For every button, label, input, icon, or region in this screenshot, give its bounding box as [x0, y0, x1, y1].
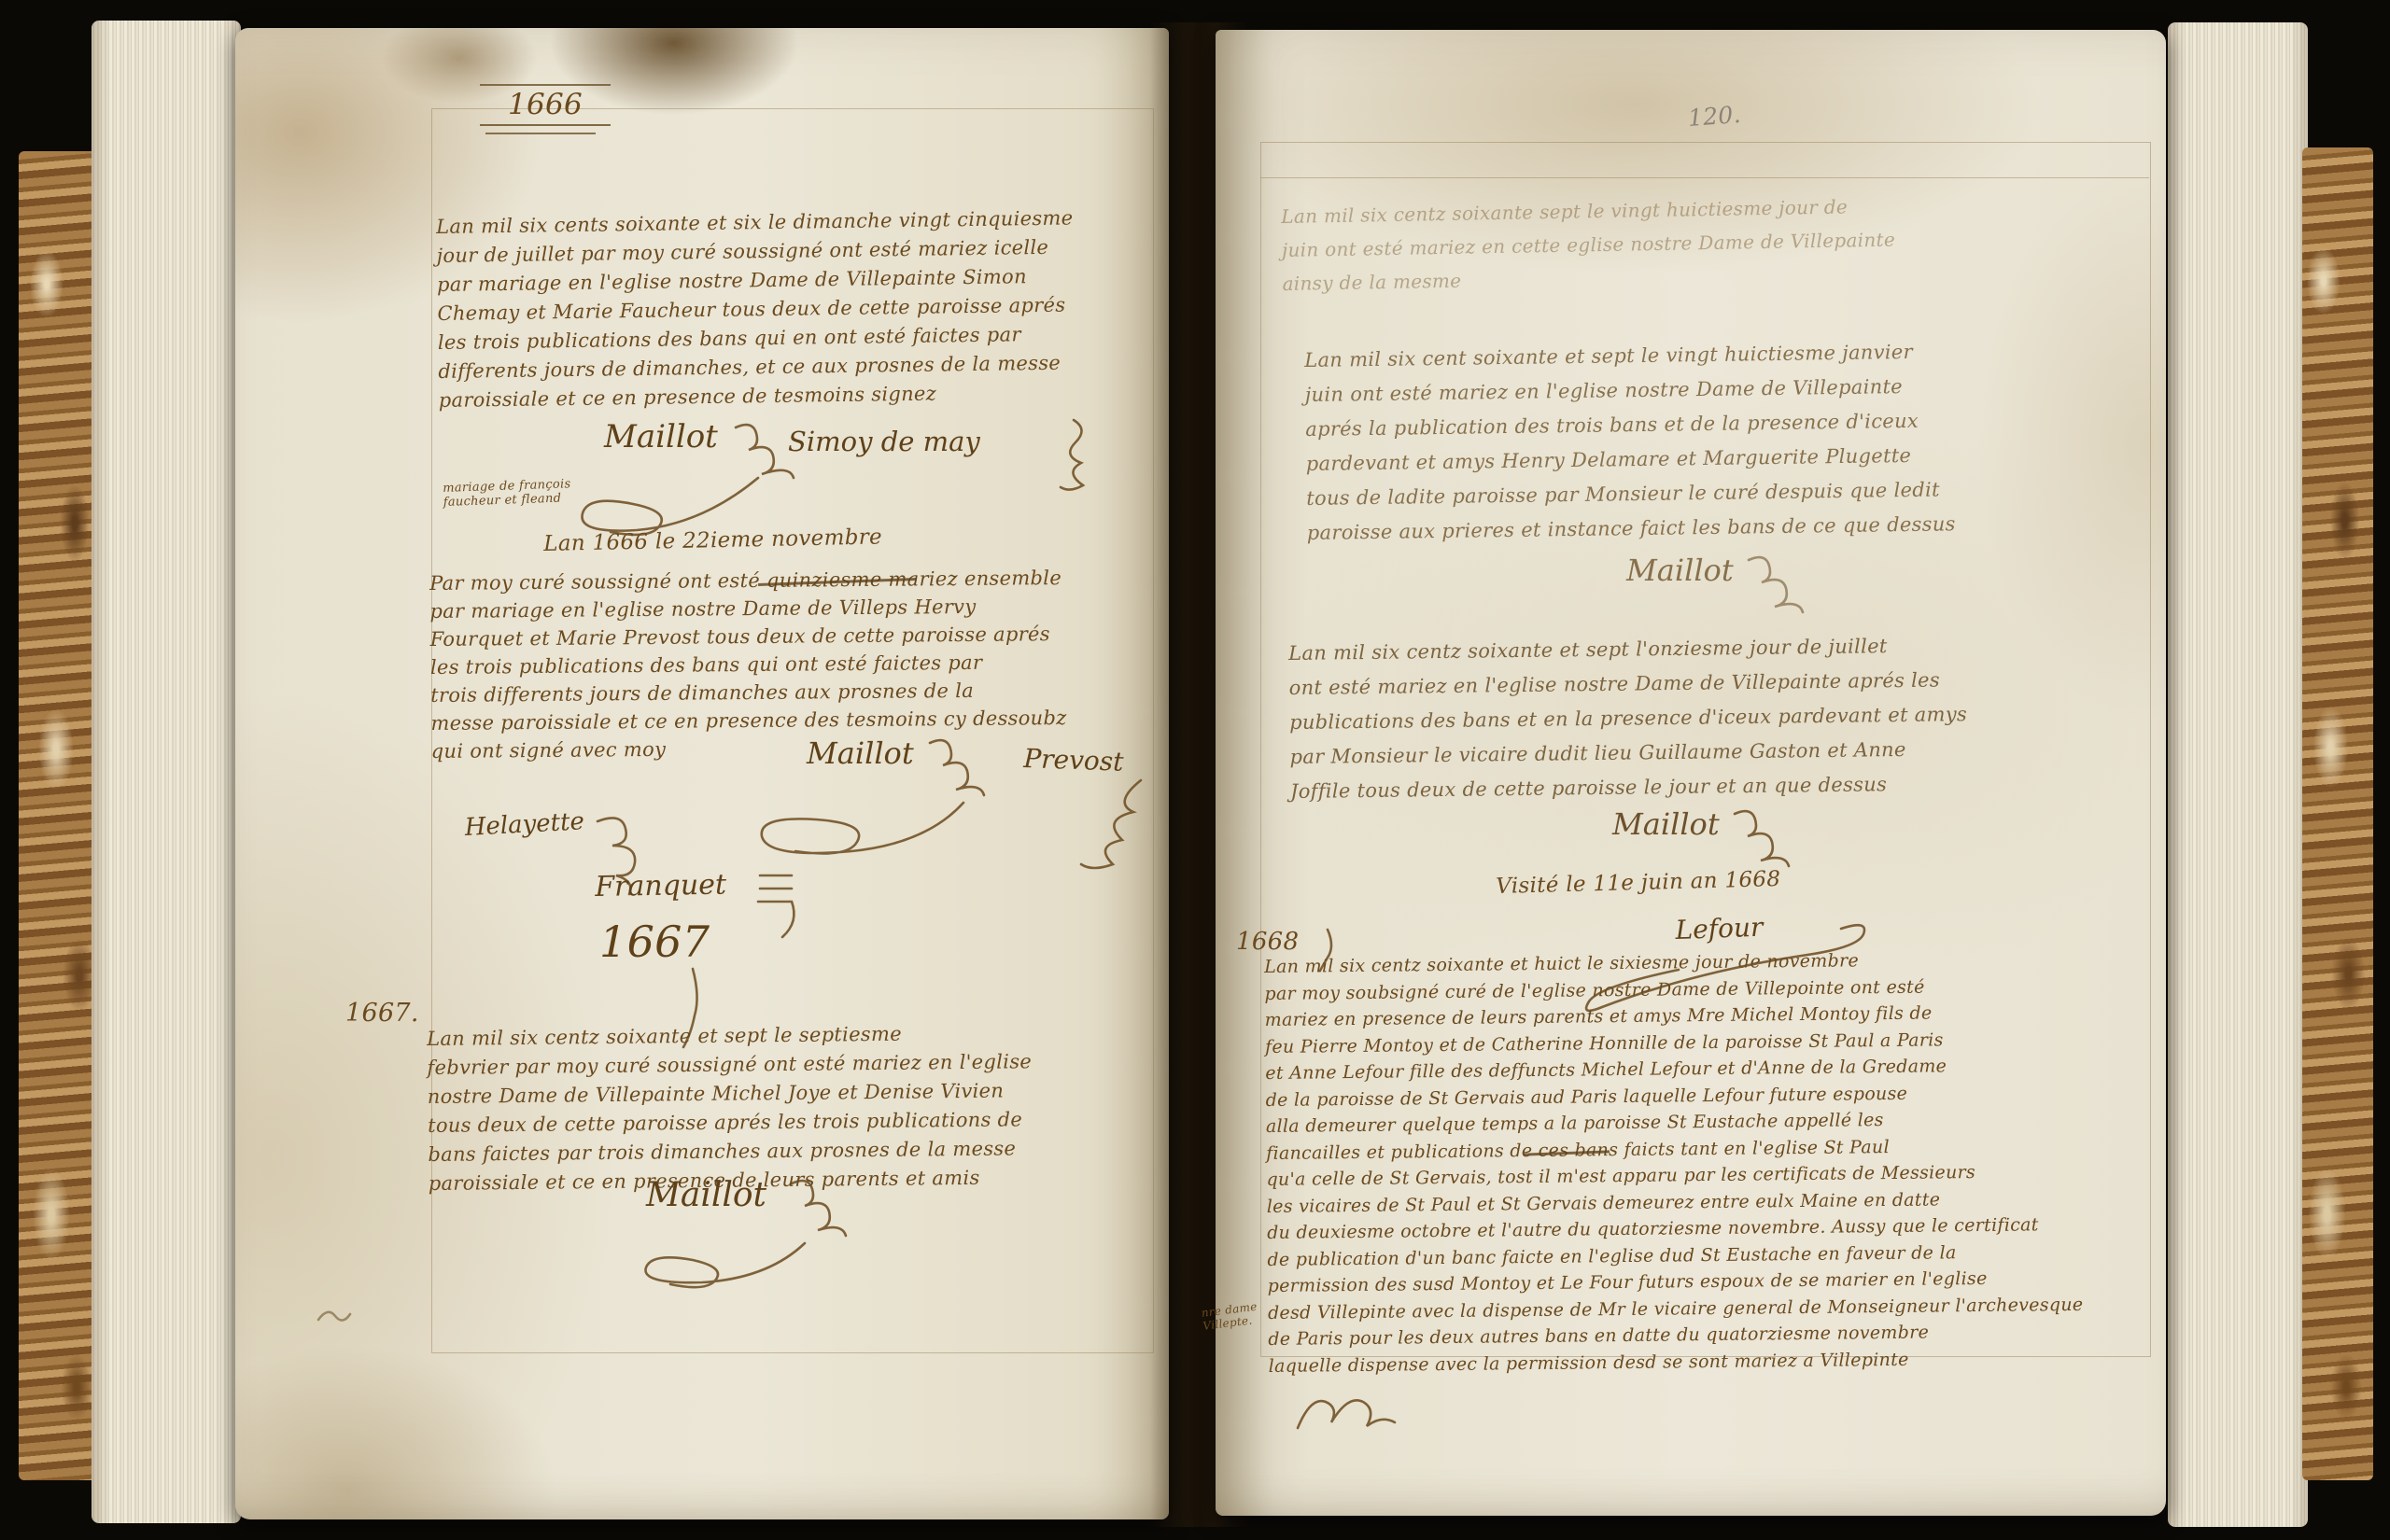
marriage-entry-1666-november: Par moy curé soussigné ont esté quinzies…	[429, 563, 1169, 765]
simoy-paraph-flourish	[1046, 414, 1102, 498]
maillot-paraph-flourish	[1743, 551, 1805, 612]
maillot-paraph-flourish	[1729, 805, 1791, 866]
maillot-paraph-flourish	[786, 1172, 851, 1238]
right-manuscript-page: 120. Lan mil six centz soixante sept le …	[1216, 30, 2166, 1516]
left-manuscript-page: 1666 Lan mil six cents soixante et six l…	[235, 28, 1169, 1519]
right-page-stack-edge	[2168, 22, 2308, 1527]
margin-note-mariage: mariage de françoisfaucheur et fleand	[443, 477, 571, 510]
marriage-entry-1667-february: Lan mil six centz soixante et sept le se…	[427, 1017, 1161, 1198]
prevost-paraph-flourish	[1075, 775, 1160, 877]
marriage-entry-1667-july: Lan mil six centz soixante et sept l'onz…	[1288, 626, 2144, 809]
left-page-stack-edge	[91, 21, 241, 1523]
folio-number: 120.	[1687, 101, 1742, 132]
marriage-entry-1668-november: Lan mil six centz soixante et huict le s…	[1264, 945, 2188, 1379]
faded-entry-top: Lan mil six centz soixante sept le vingt…	[1281, 186, 2104, 301]
maillot-signature: Maillot	[646, 1176, 766, 1214]
maillot-signature: Maillot	[1612, 806, 1720, 842]
margin-note-villepinte: nre dameVillepte.	[1201, 1300, 1259, 1333]
right-page-top-rule	[1260, 177, 2149, 178]
year-mark-1667-large: 1667	[599, 917, 710, 967]
bottom-margin-squiggle	[315, 1303, 352, 1327]
entry3-loop-flourish	[627, 1234, 833, 1318]
photograph-of-open-register: 1666 Lan mil six cents soixante et six l…	[0, 0, 2390, 1540]
marriage-entry-1666-july: Lan mil six cents soixante et six le dim…	[436, 203, 1162, 415]
franquet-paraph-flourish	[747, 866, 812, 941]
simoy-de-may-signature: Simoy de may	[788, 426, 980, 457]
margin-year-1668: 1668	[1236, 928, 1299, 956]
maillot-signature: Maillot	[1626, 553, 1734, 588]
maillot-signature: Maillot	[604, 418, 718, 455]
year-heading-1666: 1666	[480, 84, 611, 126]
maillot-paraph-flourish	[730, 418, 795, 474]
heading-underline	[485, 133, 596, 134]
right-marbled-cover-edge	[2302, 147, 2373, 1480]
margin-year-1667: 1667.	[345, 999, 419, 1028]
maillot-signature: Maillot	[807, 735, 914, 771]
prevost-signature: Prevost	[1023, 743, 1124, 777]
franquet-signature: Franquet	[595, 869, 726, 903]
bottom-flourish-mark	[1290, 1381, 1402, 1447]
marriage-entry-1667-june: Lan mil six cent soixante et sept le vin…	[1304, 332, 2143, 551]
